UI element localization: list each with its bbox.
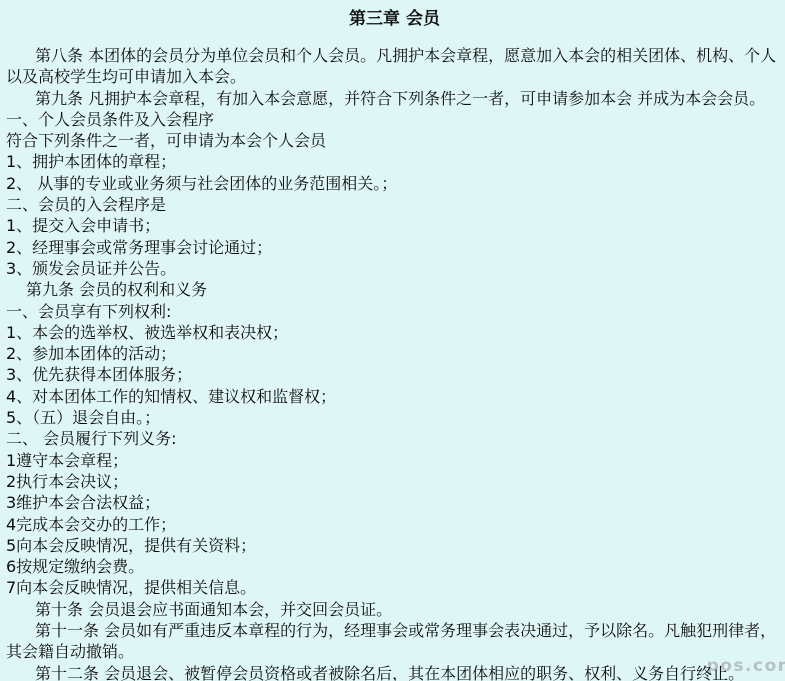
document-line: 第八条 本团体的会员分为单位会员和个人会员。凡拥护本会章程，愿意加入本会的相关团…: [6, 45, 783, 66]
document-line: 二、 会员履行下列义务:: [6, 428, 783, 449]
document-line: 1、提交入会申请书；: [6, 215, 783, 236]
document-line: 4完成本会交办的工作；: [6, 514, 783, 535]
document-line: 1、本会的选举权、被选举权和表决权；: [6, 322, 783, 343]
document-line: 符合下列条件之一者，可申请为本会个人会员: [6, 130, 783, 151]
document-line: 2、参加本团体的活动；: [6, 343, 783, 364]
page-title: 第三章 会员: [6, 8, 783, 30]
document-line: 其会籍自动撤销。: [6, 641, 783, 662]
document-body: 第八条 本团体的会员分为单位会员和个人会员。凡拥护本会章程，愿意加入本会的相关团…: [6, 45, 783, 681]
document-line: 以及高校学生均可申请加入本会。: [6, 66, 783, 87]
document-line: 3维护本会合法权益；: [6, 492, 783, 513]
document-line: 第十条 会员退会应书面通知本会，并交回会员证。: [6, 599, 783, 620]
document-line: 5向本会反映情况，提供有关资料；: [6, 535, 783, 556]
document-line: 一、会员享有下列权利:: [6, 301, 783, 322]
document-line: 3、优先获得本团体服务；: [6, 364, 783, 385]
document-line: 一、个人会员条件及入会程序: [6, 109, 783, 130]
document-line: 3、颁发会员证并公告。: [6, 258, 783, 279]
document-line: 6按规定缴纳会费。: [6, 556, 783, 577]
document-line: 第九条 会员的权利和义务: [6, 279, 783, 300]
document-line: 2执行本会决议；: [6, 471, 783, 492]
document-line: 5、（五）退会自由。；: [6, 407, 783, 428]
document-line: 第十一条 会员如有严重违反本章程的行为，经理事会或常务理事会表决通过，予以除名。…: [6, 620, 783, 641]
document-page: 第三章 会员 第八条 本团体的会员分为单位会员和个人会员。凡拥护本会章程，愿意加…: [0, 0, 785, 681]
document-line: 第九条 凡拥护本会章程，有加入本会意愿，并符合下列条件之一者，可申请参加本会 并…: [6, 88, 783, 109]
document-line: 2、 从事的专业或业务须与社会团体的业务范围相关。；: [6, 173, 783, 194]
document-line: 二、会员的入会程序是: [6, 194, 783, 215]
document-line: 4、对本团体工作的知情权、建议权和监督权；: [6, 386, 783, 407]
document-line: 第十二条 会员退会、被暂停会员资格或者被除名后，其在本团体相应的职务、权利、义务…: [6, 663, 783, 681]
document-line: 7向本会反映情况，提供相关信息。: [6, 577, 783, 598]
document-line: 2、经理事会或常务理事会讨论通过；: [6, 237, 783, 258]
document-line: 1、拥护本团体的章程；: [6, 151, 783, 172]
document-line: 1遵守本会章程；: [6, 450, 783, 471]
